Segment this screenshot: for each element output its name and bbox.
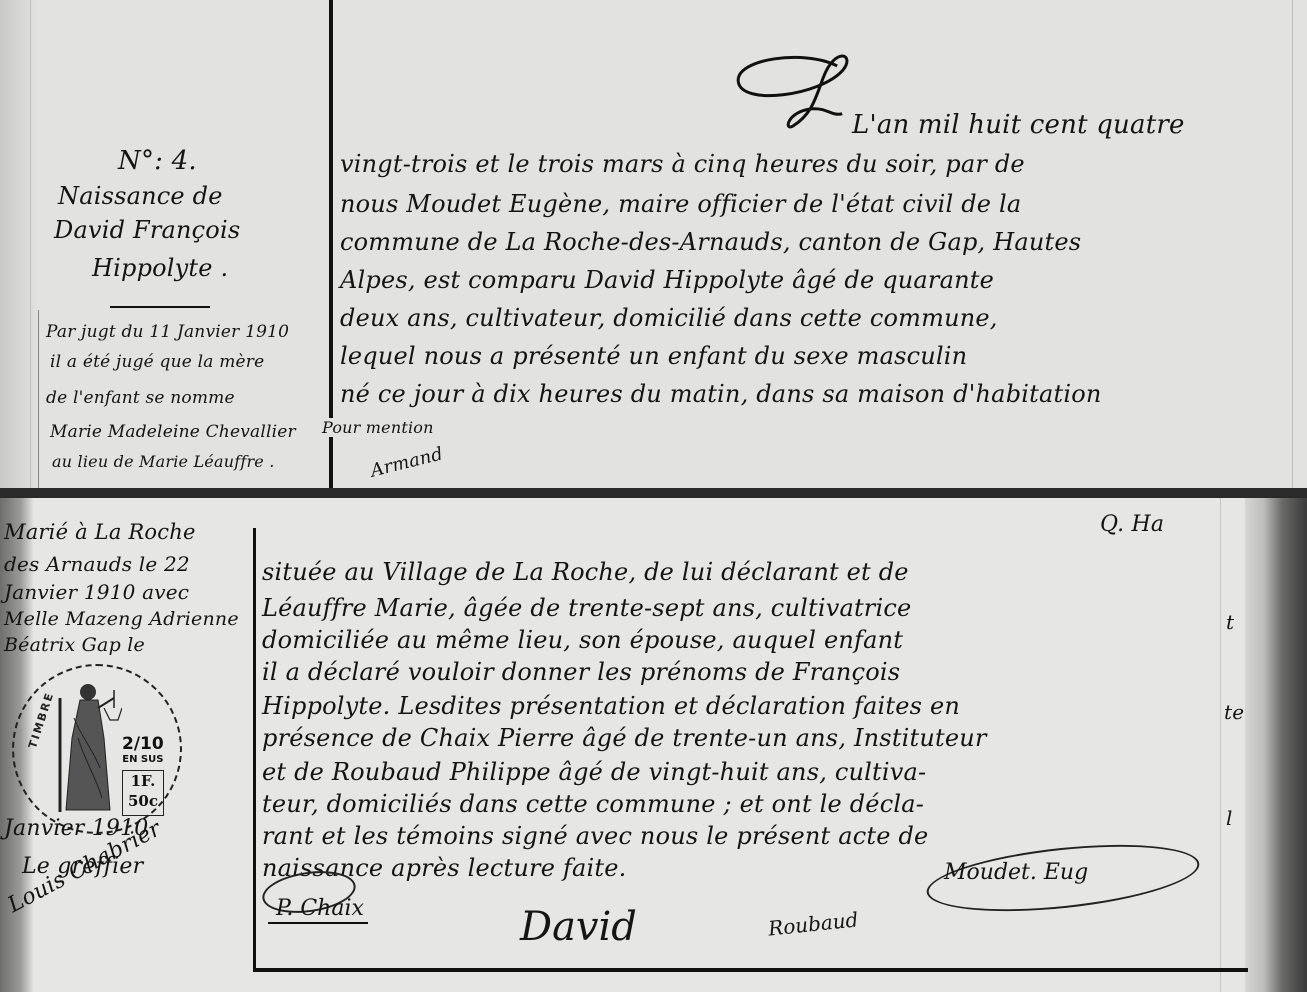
flourish-loop-icon [725, 33, 874, 137]
book-binding-edge [1245, 498, 1307, 992]
annotation-line-3: de l'enfant se nomme [46, 388, 235, 408]
edge-fragment-1: t [1226, 610, 1234, 634]
body-frame-left [253, 528, 256, 972]
entry-number: N°: 4. [118, 146, 197, 176]
child-name-line1: David François [54, 216, 240, 244]
annotation-line-5: au lieu de Marie Léauffre . [52, 452, 275, 471]
body-line-8: né ce jour à dix heures du matin, dans s… [340, 380, 1102, 408]
body-line-12: il a déclaré vouloir donner les prénoms … [262, 658, 900, 686]
signature-mayor: Moudet. Eug [944, 860, 1088, 885]
justice-figure-icon [52, 678, 122, 818]
margin-divider [329, 0, 333, 488]
stamp-price: 1F. 50c [122, 770, 164, 816]
body-line-16: teur, domiciliés dans cette commune ; et… [262, 790, 924, 818]
body-line-14: présence de Chaix Pierre âgé de trente-u… [262, 724, 987, 752]
marriage-note-line-3: Janvier 1910 avec [4, 580, 189, 604]
page-gutter [0, 0, 38, 488]
body-line-7: lequel nous a présenté un enfant du sexe… [340, 342, 967, 370]
marriage-note-line-1: Marié à La Roche [4, 520, 196, 544]
stamp-rate-sub: EN SUS [122, 752, 164, 768]
body-line-4: commune de La Roche-des-Arnauds, canton … [340, 228, 1081, 256]
heading-underline [110, 306, 210, 308]
child-name-line2: Hippolyte . [92, 254, 228, 282]
annotation-box-edge [38, 310, 39, 488]
edge-fragment-3: l [1226, 806, 1233, 830]
approval-mark: Q. Ha [1100, 512, 1164, 537]
right-margin-line [1220, 498, 1221, 992]
body-line-17: rant et les témoins signé avec nous le p… [262, 822, 928, 850]
body-line-3: nous Moudet Eugène, maire officier de l'… [340, 190, 1021, 218]
body-line-15: et de Roubaud Philippe âgé de vingt-huit… [262, 758, 926, 786]
body-line-10: Léauffre Marie, âgée de trente-sept ans,… [262, 594, 911, 622]
signature-underline [268, 922, 368, 924]
marriage-note-line-4: Melle Mazeng Adrienne [4, 608, 239, 630]
marriage-note-line-2: des Arnauds le 22 [4, 552, 190, 576]
annotation-line-2: il a été jugé que la mère [50, 352, 264, 372]
annotation-mention: Pour mention [320, 418, 436, 437]
signature-father: David [520, 904, 637, 950]
body-line-1: L'an mil huit cent quatre [852, 110, 1185, 140]
annotation-line-4: Marie Madeleine Chevallier [50, 422, 296, 442]
stamp-price-francs: 1F. [123, 771, 163, 791]
body-line-11: domiciliée au même lieu, son épouse, auq… [262, 626, 903, 654]
page-edge-line [1292, 0, 1293, 488]
stamp-price-cents: 50c [123, 791, 163, 811]
entry-title: Naissance de [58, 182, 223, 210]
body-line-2: vingt-trois et le trois mars à cinq heur… [340, 150, 1025, 178]
edge-fragment-2: te [1224, 700, 1244, 724]
annotation-line-1: Par jugt du 11 Janvier 1910 [46, 322, 289, 342]
tax-stamp: TIMBRE 2/10 EN SUS 1F. 50c [12, 664, 182, 834]
body-line-9: située au Village de La Roche, de lui dé… [262, 558, 909, 586]
body-line-5: Alpes, est comparu David Hippolyte âgé d… [340, 266, 994, 294]
signature-chaix: P. Chaix [276, 896, 364, 921]
body-line-6: deux ans, cultivateur, domicilié dans ce… [340, 304, 998, 332]
page-fold-line [30, 0, 31, 488]
stamp-rate-value: 2/10 [122, 734, 164, 754]
body-frame-bottom [253, 968, 1248, 972]
marriage-note-line-5: Béatrix Gap le [4, 634, 145, 656]
body-line-13: Hippolyte. Lesdites présentation et décl… [262, 692, 960, 720]
stamp-rate: 2/10 EN SUS [122, 736, 164, 768]
